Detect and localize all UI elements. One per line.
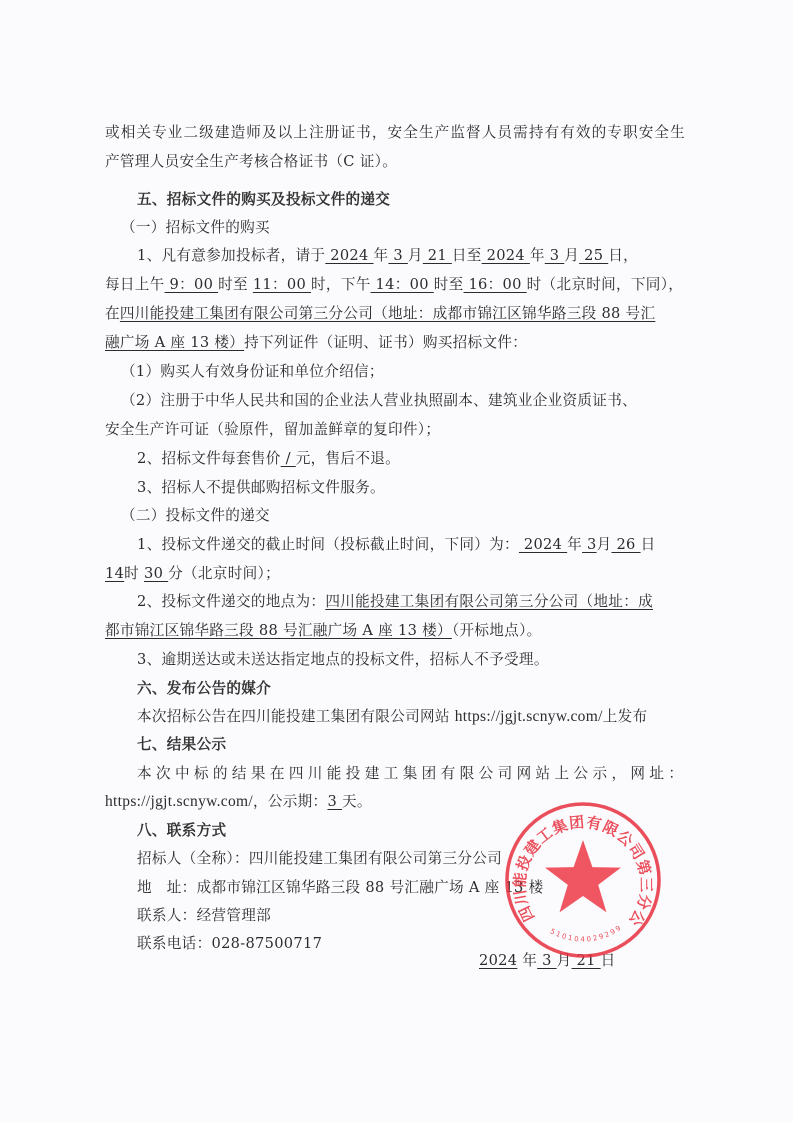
address-value: 成都市锦江区锦华路三段 88 号汇融广场 A 座 13 楼: [197, 879, 544, 896]
submission-location-line-2: 都市锦江区锦华路三段 88 号汇融广场 A 座 13 楼）（开标地点）。: [105, 621, 685, 641]
purchase-location-line-1: 在四川能投建工集团有限公司第三分公司（地址：成都市锦江区锦华路三段 88 号汇: [105, 304, 685, 324]
deadline-time-line: 14时 30 分（北京时间）；: [105, 564, 685, 584]
end-day: 25: [579, 247, 608, 264]
section-7-heading: 七、结果公示: [137, 735, 685, 755]
submission-location-line-1: 2、投标文件递交的地点为：四川能投建工集团有限公司第三分公司（地址：成: [137, 592, 685, 612]
sig-year: 2024: [479, 952, 517, 969]
am-start: 9：00: [165, 276, 219, 293]
contact-line: 联系人：经营管理部: [137, 906, 685, 926]
continuation-line-2: 产管理人员安全生产考核合格证书（C 证）。: [105, 152, 685, 172]
end-month: 3: [545, 247, 564, 264]
required-doc-2-cont: 安全生产许可证（验原件，留加盖鲜章的复印件）；: [105, 420, 685, 440]
am-end: 11：00: [253, 276, 311, 293]
purchase-location-line-2: 融广场 A 座 13 楼）持下列证件（证明、证书）购买招标文件：: [105, 333, 685, 353]
price-line: 2、招标文件每套售价 / 元，售后不退。: [137, 449, 685, 469]
continuation-line-1: 或相关专业二级建造师及以上注册证书，安全生产监督人员需持有有效的专职安全生: [105, 123, 685, 143]
pm-end: 16：00: [464, 276, 527, 293]
sig-month: 3: [537, 952, 556, 969]
deadline-day: 26: [612, 536, 641, 553]
late-submission-line: 3、逾期送达或未送达指定地点的投标文件，招标人不予受理。: [137, 650, 685, 670]
deadline-year: 2024: [519, 536, 567, 553]
end-year: 2024: [482, 247, 530, 264]
price-value: /: [281, 450, 296, 467]
section-5-sub-2-heading: （二）投标文件的递交: [121, 506, 701, 526]
section-5-heading: 五、招标文件的购买及投标文件的递交: [137, 190, 685, 210]
document-page: 或相关专业二级建造师及以上注册证书，安全生产监督人员需持有有效的专职安全生 产管…: [0, 0, 793, 1123]
start-day: 21: [423, 247, 452, 264]
deadline-minute: 30: [144, 565, 168, 582]
start-year: 2024: [325, 247, 373, 264]
purchase-hours-line: 每日上午 9：00 时至 11：00 时，下午 14：00 时至 16：00 时…: [105, 275, 685, 295]
no-mail-line: 3、招标人不提供邮购招标文件服务。: [137, 478, 685, 498]
phone-value: 028-87500717: [211, 935, 322, 952]
tenderer-line: 招标人（全称）：四川能投建工集团有限公司第三分公司: [137, 849, 685, 869]
section-8-heading: 八、联系方式: [137, 821, 685, 841]
purchase-period-line: 1、凡有意参加投标者，请于 2024 年 3 月 21 日至 2024 年 3 …: [137, 246, 685, 266]
tenderer-name: 四川能投建工集团有限公司第三分公司: [249, 850, 502, 867]
website-url[interactable]: https://jgjt.scnyw.com/: [455, 708, 603, 725]
contact-value: 经营管理部: [197, 907, 271, 924]
publicity-period: 3: [327, 793, 342, 810]
deadline-hour: 14: [105, 565, 124, 582]
purchase-location-cont: 融广场 A 座 13 楼）: [105, 334, 244, 351]
result-line-1: 本次中标的结果在四川能投建工集团有限公司网站上公示，网址：: [137, 764, 685, 784]
submission-location: 四川能投建工集团有限公司第三分公司（地址：成: [325, 593, 653, 610]
required-doc-2: （2）注册于中华人民共和国的企业法人营业执照副本、建筑业企业资质证书、: [121, 391, 701, 411]
result-url[interactable]: https://jgjt.scnyw.com/: [105, 793, 253, 810]
section-6-heading: 六、发布公告的媒介: [137, 679, 685, 699]
deadline-line: 1、投标文件递交的截止时间（投标截止时间，下同）为： 2024 年 3月 26 …: [137, 535, 685, 555]
submission-location-cont: 都市锦江区锦华路三段 88 号汇融广场 A 座 13 楼）: [105, 622, 452, 639]
deadline-month: 3: [582, 536, 597, 553]
required-doc-1: （1）购买人有效身份证和单位介绍信；: [121, 362, 701, 382]
sig-day: 21: [572, 952, 601, 969]
purchase-location: 四川能投建工集团有限公司第三分公司（地址：成都市锦江区锦华路三段 88 号汇: [120, 305, 655, 322]
result-line-2: https://jgjt.scnyw.com/，公示期：3 天。: [105, 792, 685, 812]
publication-line: 本次招标公告在四川能投建工集团有限公司网站 https://jgjt.scnyw…: [137, 707, 685, 727]
pm-start: 14：00: [371, 276, 434, 293]
section-5-sub-1-heading: （一）招标文件的购买: [121, 218, 701, 238]
signature-date: 2024 年 3 月 21 日: [479, 951, 679, 971]
start-month: 3: [388, 247, 407, 264]
address-line: 地 址：成都市锦江区锦华路三段 88 号汇融广场 A 座 13 楼: [137, 878, 685, 898]
